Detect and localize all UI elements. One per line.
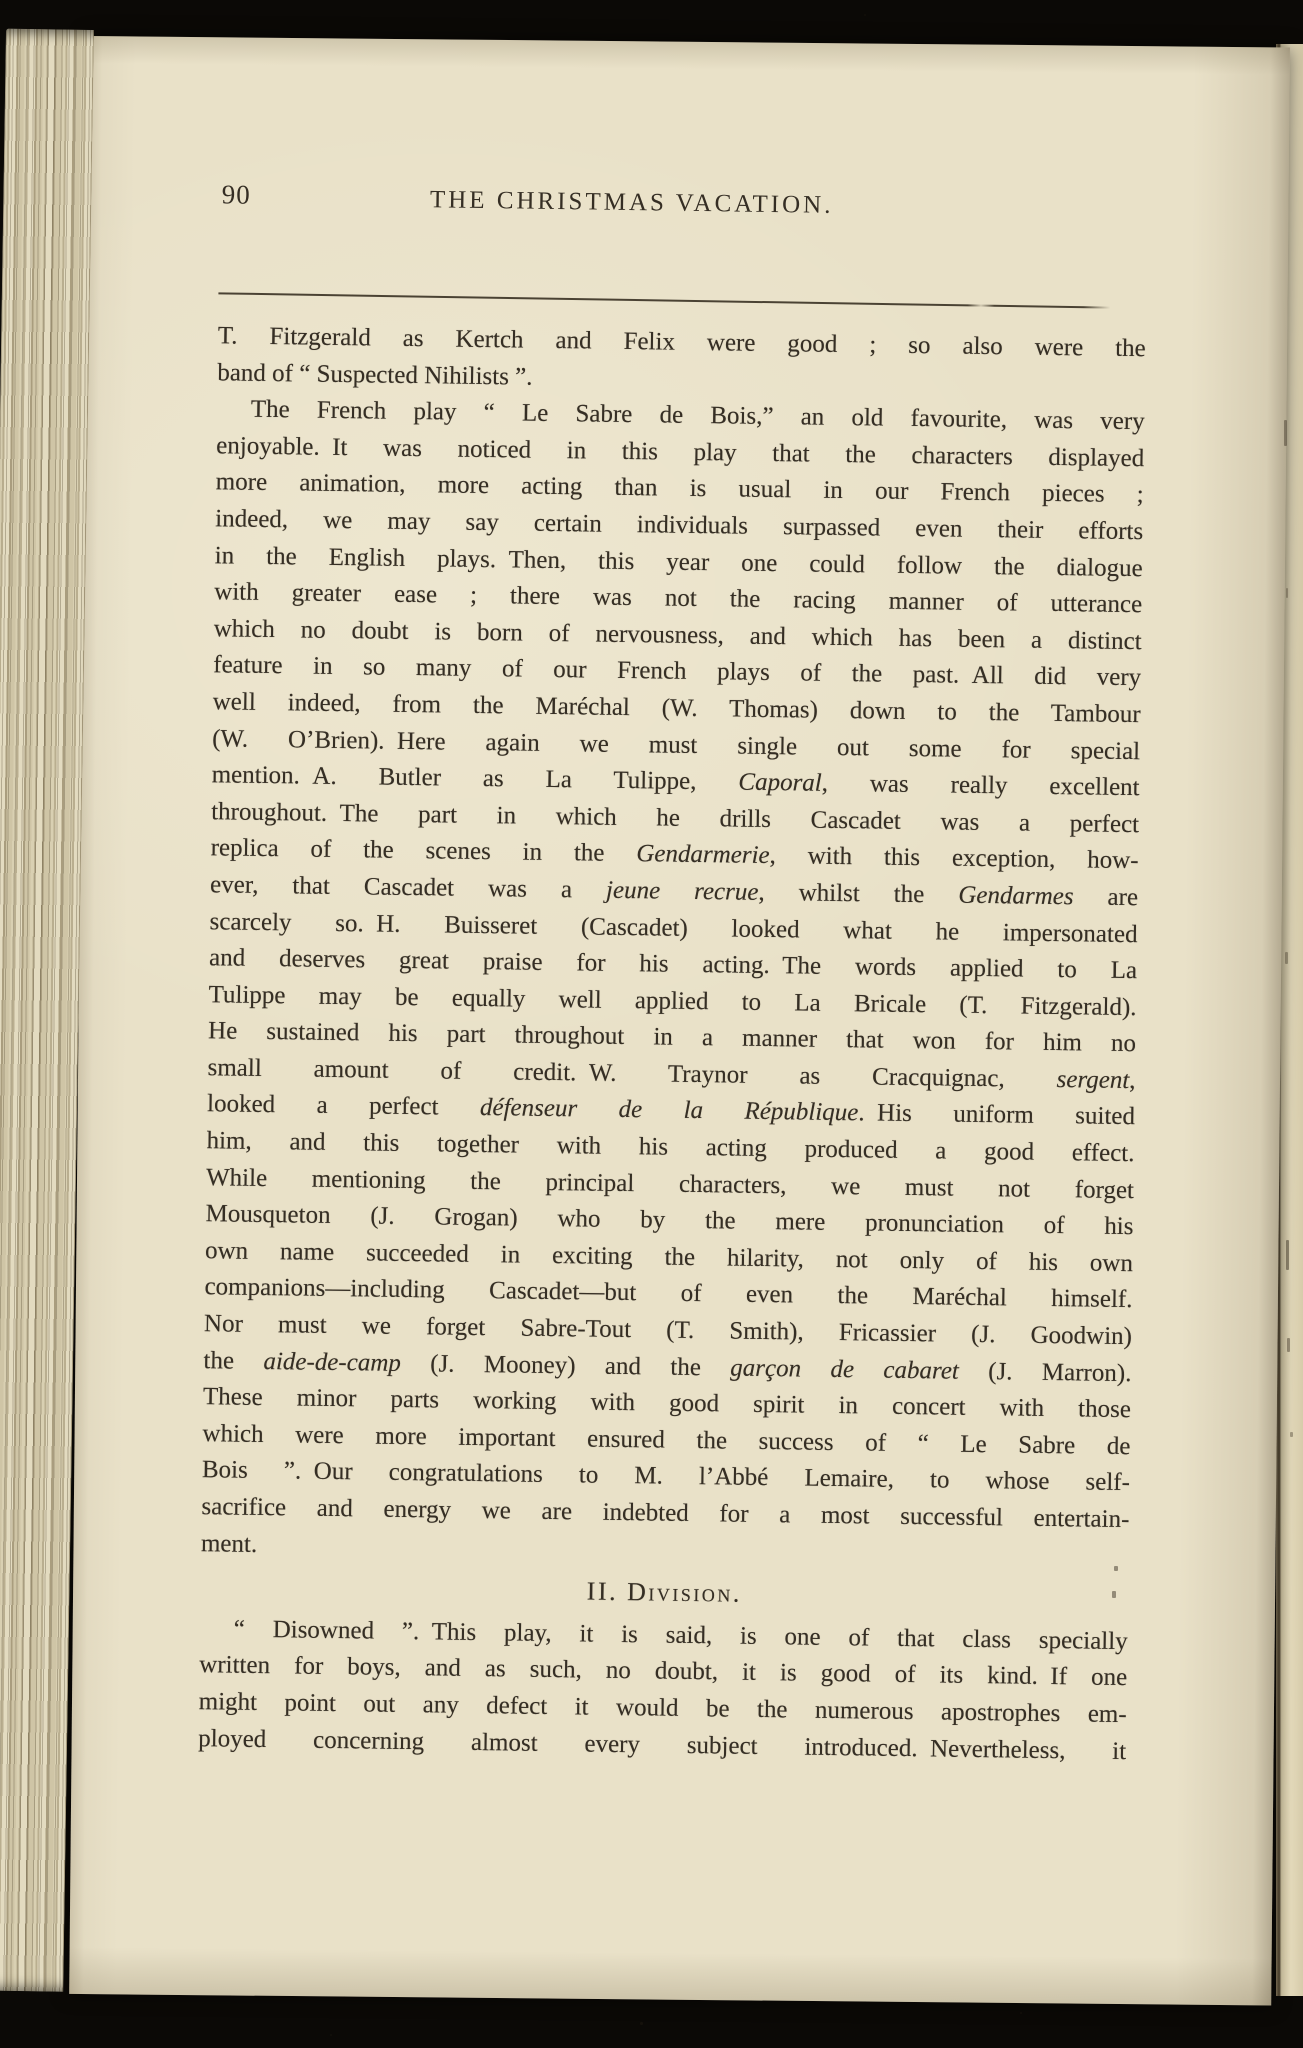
ink-speck bbox=[864, 14, 866, 16]
text-segment: replica of the scenes in the bbox=[210, 835, 636, 868]
italic-text: aide-de-camp bbox=[263, 1348, 401, 1377]
text-segment: the bbox=[203, 1347, 263, 1375]
italic-text: défenseur de la République bbox=[480, 1094, 859, 1126]
text-segment: ment. bbox=[201, 1530, 258, 1558]
section-heading: II. Division. bbox=[200, 1568, 1128, 1618]
ink-speck bbox=[1284, 420, 1287, 446]
ink-speck bbox=[640, 2022, 643, 2025]
ink-speck bbox=[1020, 2012, 1022, 2014]
text-segment: . His uniform suited bbox=[858, 1100, 1135, 1131]
text-segment: small amount of credit. W. Traynor as Cr… bbox=[207, 1054, 1056, 1093]
text-segment: , bbox=[1129, 1067, 1136, 1094]
ink-speck bbox=[1286, 588, 1288, 598]
italic-text: Gendarmes bbox=[958, 882, 1074, 911]
text-segment: (J. Mooney) and the bbox=[401, 1350, 731, 1382]
text-segment: band of “ Suspected Nihilists ”. bbox=[217, 359, 533, 390]
running-header: THE CHRISTMAS VACATION. bbox=[220, 183, 1148, 224]
header-rule bbox=[218, 292, 1110, 308]
italic-text: jeune recrue bbox=[606, 877, 759, 906]
italic-text: garçon de cabaret bbox=[730, 1354, 959, 1384]
italic-text: sergent bbox=[1056, 1066, 1129, 1094]
book-photo: 90 THE CHRISTMAS VACATION. T. Fitzgerald… bbox=[0, 0, 1303, 2048]
text-segment: The French play “ Le Sabre de Bois,” an … bbox=[251, 396, 1145, 435]
text-segment: (J. Marron). bbox=[959, 1357, 1132, 1386]
italic-text: Gendarmerie bbox=[636, 840, 770, 869]
book-page: 90 THE CHRISTMAS VACATION. T. Fitzgerald… bbox=[69, 36, 1290, 2005]
text-segment: looked a perfect bbox=[207, 1091, 480, 1122]
text-segment: mention. A. Butler as La Tulippe, bbox=[212, 761, 739, 795]
ink-speck bbox=[330, 2034, 332, 2036]
ink-speck bbox=[1112, 1591, 1116, 1598]
text-segment: , with this exception, how- bbox=[769, 842, 1138, 874]
ink-speck bbox=[1290, 1432, 1293, 1437]
ink-speck bbox=[1287, 1338, 1290, 1352]
text-segment: , whilst the bbox=[758, 879, 958, 909]
text-segment: ever, that Cascadet was a bbox=[210, 871, 606, 904]
page-content: 90 THE CHRISTMAS VACATION. T. Fitzgerald… bbox=[195, 37, 1150, 2008]
ink-speck bbox=[1114, 1566, 1118, 1571]
ink-speck bbox=[1285, 952, 1288, 964]
page-text: T. Fitzgerald as Kertch and Felix were g… bbox=[198, 318, 1146, 1770]
text-segment: are bbox=[1073, 883, 1138, 911]
text-segment: , was really excellent bbox=[822, 770, 1140, 801]
italic-text: Caporal bbox=[738, 769, 822, 797]
ink-speck bbox=[1286, 1240, 1289, 1270]
